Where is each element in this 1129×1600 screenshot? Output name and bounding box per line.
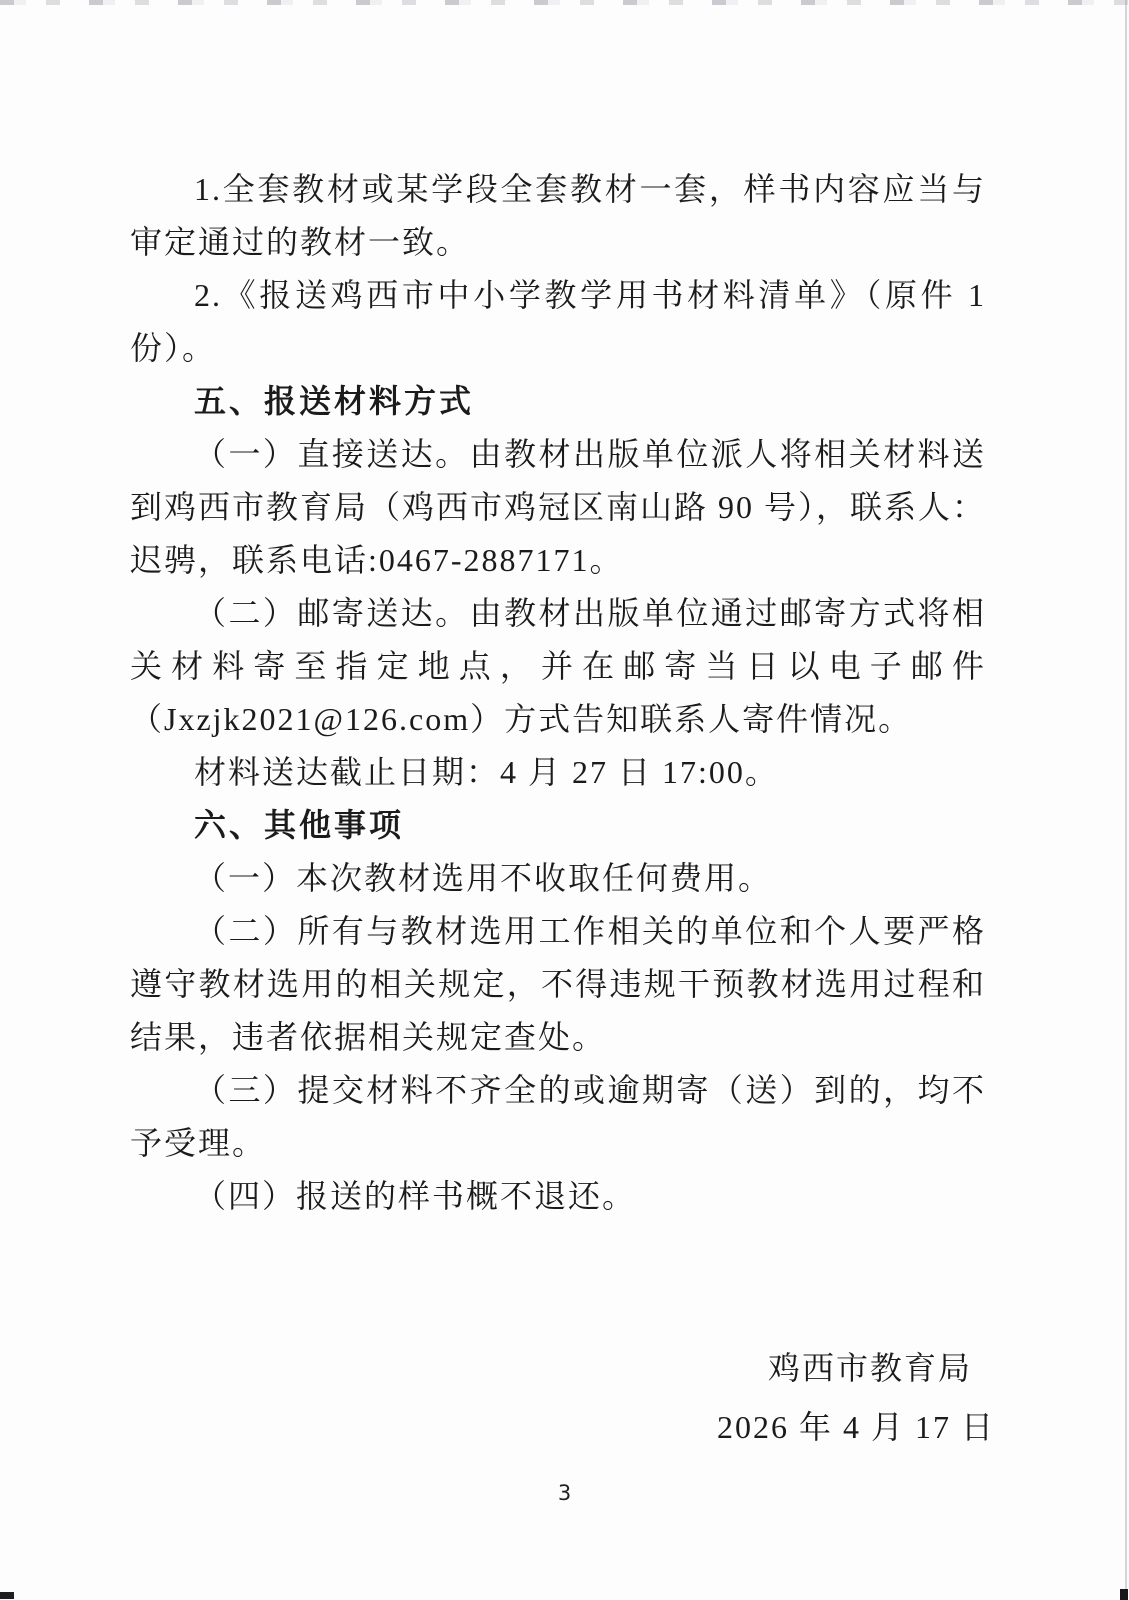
paragraph-delivery-direct: （一）直接送达。由教材出版单位派人将相关材料送到鸡西市教育局（鸡西市鸡冠区南山路… (130, 428, 986, 587)
paragraph-item-2: 2.《报送鸡西市中小学教学用书材料清单》（原件 1 份）。 (130, 269, 986, 375)
paragraph-other-2: （二）所有与教材选用工作相关的单位和个人要严格遵守教材选用的相关规定，不得违规干… (130, 905, 986, 1064)
scan-artifact-bottom-right (1120, 1589, 1128, 1600)
signature-organization: 鸡西市教育局 (130, 1342, 972, 1395)
paragraph-other-1: （一）本次教材选用不收取任何费用。 (130, 852, 986, 905)
signature-date: 2026 年 4 月 17 日 (130, 1401, 995, 1454)
paragraph-delivery-mail: （二）邮寄送达。由教材出版单位通过邮寄方式将相关材料寄至指定地点，并在邮寄当日以… (130, 587, 986, 746)
paragraph-other-3: （三）提交材料不齐全的或逾期寄（送）到的，均不予受理。 (130, 1064, 986, 1170)
scan-artifact-bottom-left (0, 1592, 14, 1599)
section-heading-5: 五、报送材料方式 (130, 375, 986, 428)
section-heading-6: 六、其他事项 (130, 799, 986, 852)
paragraph-deadline: 材料送达截止日期：4 月 27 日 17:00。 (130, 746, 986, 799)
scan-artifact-top-edge (0, 0, 1129, 5)
scan-artifact-right-edge (1125, 0, 1127, 1600)
paragraph-item-1: 1.全套教材或某学段全套教材一套，样书内容应当与审定通过的教材一致。 (130, 163, 986, 269)
page-number: 3 (0, 1478, 1129, 1508)
document-page: 1.全套教材或某学段全套教材一套，样书内容应当与审定通过的教材一致。 2.《报送… (0, 0, 1129, 1600)
document-body: 1.全套教材或某学段全套教材一套，样书内容应当与审定通过的教材一致。 2.《报送… (130, 163, 986, 1454)
signature-block: 鸡西市教育局 2026 年 4 月 17 日 (130, 1342, 986, 1454)
paragraph-other-4: （四）报送的样书概不退还。 (130, 1170, 986, 1223)
